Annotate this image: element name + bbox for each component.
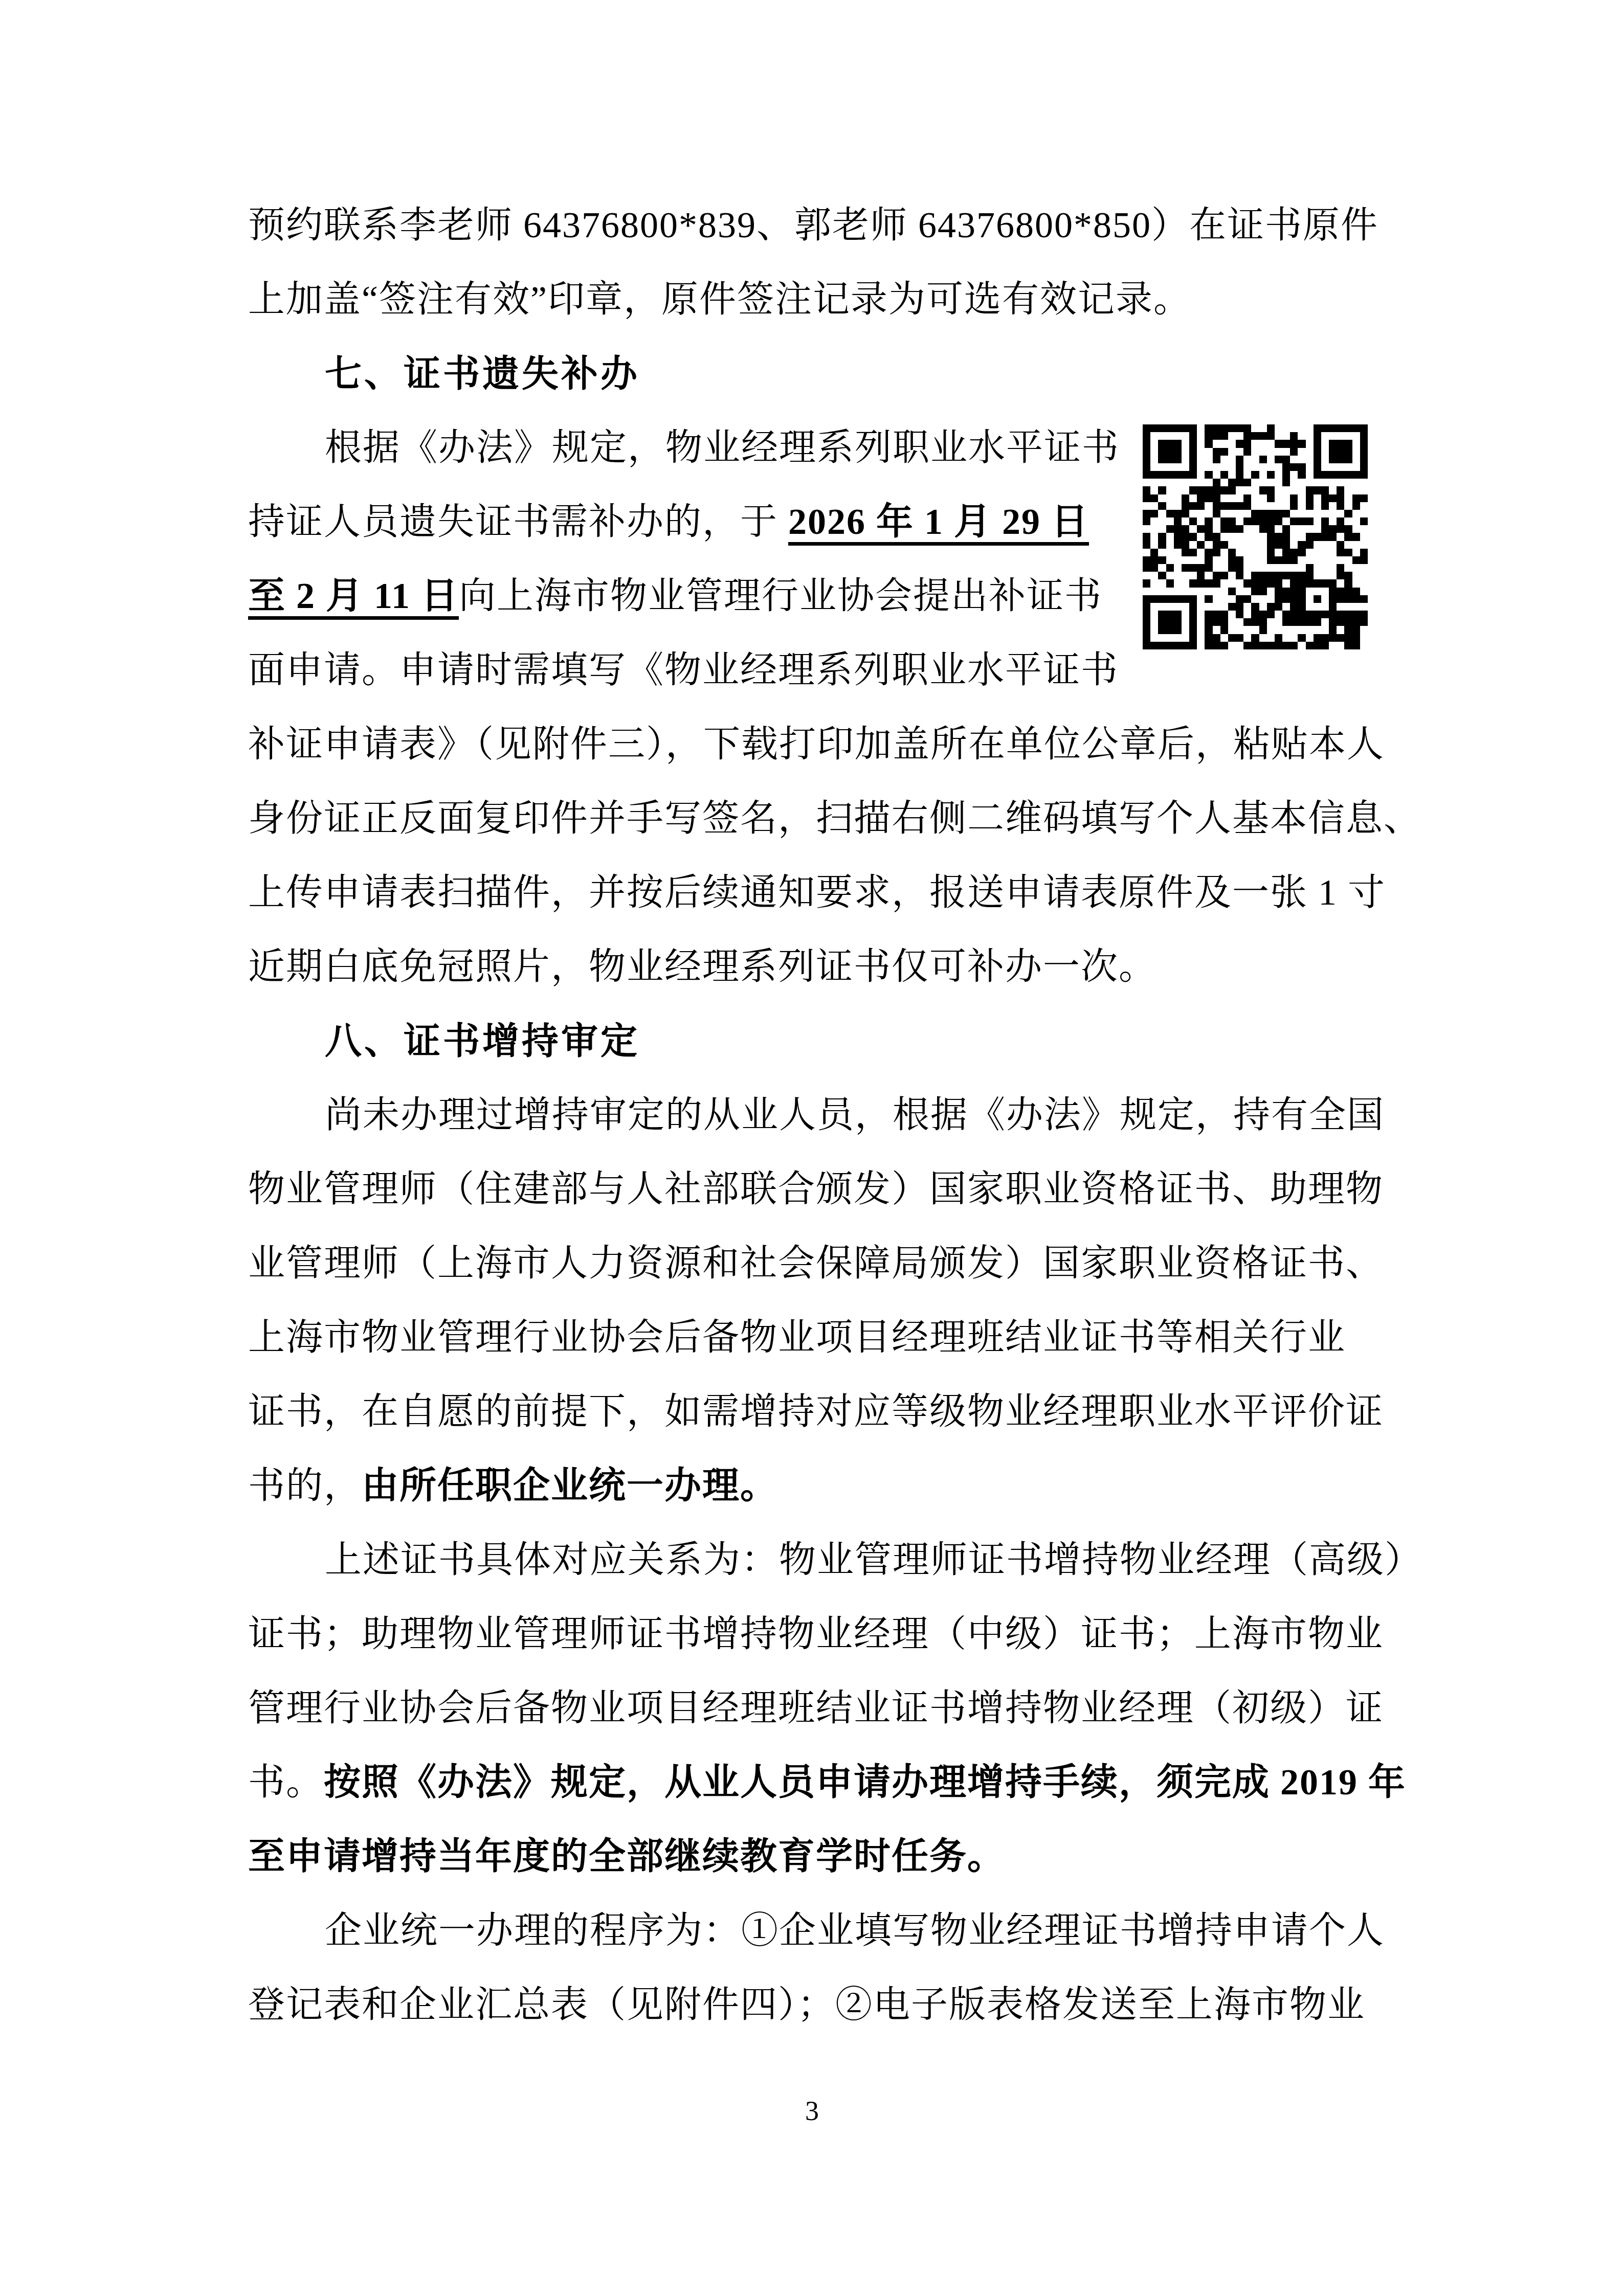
text-segment: 向上海市物业管理行业协会提出补证书 (459, 575, 1102, 616)
text-segment: 上加盖“签注有效”印章，原件签注记录为可选有效记录。 (248, 279, 1191, 320)
qr-code (1143, 424, 1368, 649)
text-line: 至申请增持当年度的全部继续教育学时任务。 (248, 1819, 1005, 1894)
text-line: 业管理师（上海市人力资源和社会保障局颁发）国家职业资格证书、 (248, 1226, 1384, 1300)
text-segment: 预约联系李老师 64376800*839、郭老师 64376800*850）在证… (248, 205, 1378, 245)
text-line: 面申请。申请时需填写《物业经理系列职业水平证书 (248, 633, 1119, 707)
text-line: 物业管理师（住建部与人社部联合颁发）国家职业资格证书、助理物 (248, 1152, 1384, 1226)
text-segment: 企业统一办理的程序为：①企业填写物业经理证书增持申请个人 (325, 1910, 1385, 1951)
text-segment: 身份证正反面复印件并手写签名，扫描右侧二维码填写个人基本信息、 (248, 798, 1421, 839)
text-line: 持证人员遗失证书需补办的，于 2026 年 1 月 29 日 (248, 485, 1089, 559)
text-segment: 登记表和企业汇总表（见附件四）；②电子版表格发送至上海市物业 (248, 1984, 1365, 2025)
text-segment: 近期白底免冠照片，物业经理系列证书仅可补办一次。 (248, 946, 1156, 987)
text-line: 企业统一办理的程序为：①企业填写物业经理证书增持申请个人 (248, 1894, 1385, 1968)
text-line: 补证申请表》（见附件三），下载打印加盖所在单位公章后，粘贴本人 (248, 707, 1385, 781)
text-segment: 尚未办理过增持审定的从业人员，根据《办法》规定，持有全国 (325, 1094, 1385, 1135)
page-number: 3 (0, 2096, 1624, 2126)
text-segment: 持证人员遗失证书需补办的，于 (248, 501, 788, 542)
section-heading: 七、证书遗失补办 (248, 336, 640, 411)
text-segment: 上述证书具体对应关系为：物业管理师证书增持物业经理（高级） (325, 1539, 1422, 1580)
text-line: 上述证书具体对应关系为：物业管理师证书增持物业经理（高级） (248, 1523, 1422, 1597)
text-segment: 管理行业协会后备物业项目经理班结业证书增持物业经理（初级）证 (248, 1687, 1384, 1728)
section-heading: 八、证书增持审定 (248, 1004, 640, 1078)
text-segment: 上传申请表扫描件，并按后续通知要求，报送申请表原件及一张 1 寸 (248, 872, 1386, 913)
text-segment: 至申请增持当年度的全部继续教育学时任务。 (248, 1836, 1005, 1877)
text-segment: 按照《办法》规定，从业人员申请办理增持手续，须完成 2019 年 (324, 1762, 1406, 1803)
text-line: 上加盖“签注有效”印章，原件签注记录为可选有效记录。 (248, 262, 1191, 336)
text-segment: 业管理师（上海市人力资源和社会保障局颁发）国家职业资格证书、 (248, 1243, 1384, 1284)
text-segment: 八、证书增持审定 (325, 1019, 640, 1062)
text-line: 身份证正反面复印件并手写签名，扫描右侧二维码填写个人基本信息、 (248, 781, 1421, 856)
text-line: 根据《办法》规定，物业经理系列职业水平证书 (248, 411, 1120, 485)
text-segment: 根据《办法》规定，物业经理系列职业水平证书 (325, 427, 1120, 468)
text-line: 尚未办理过增持审定的从业人员，根据《办法》规定，持有全国 (248, 1078, 1385, 1152)
document-page: 预约联系李老师 64376800*839、郭老师 64376800*850）在证… (0, 0, 1624, 2296)
text-segment: 物业管理师（住建部与人社部联合颁发）国家职业资格证书、助理物 (248, 1168, 1384, 1209)
text-segment: 面申请。申请时需填写《物业经理系列职业水平证书 (248, 649, 1119, 690)
text-line: 书。按照《办法》规定，从业人员申请办理增持手续，须完成 2019 年 (248, 1745, 1406, 1819)
text-line: 书的，由所任职企业统一办理。 (248, 1449, 778, 1523)
text-segment: 证书，在自愿的前提下，如需增持对应等级物业经理职业水平评价证 (248, 1391, 1384, 1432)
text-line: 上传申请表扫描件，并按后续通知要求，报送申请表原件及一张 1 寸 (248, 856, 1386, 930)
text-segment: 至 2 月 11 日 (248, 575, 459, 616)
text-segment: 补证申请表》（见附件三），下载打印加盖所在单位公章后，粘贴本人 (248, 724, 1385, 764)
text-line: 上海市物业管理行业协会后备物业项目经理班结业证书等相关行业 (248, 1300, 1346, 1375)
text-line: 近期白底免冠照片，物业经理系列证书仅可补办一次。 (248, 930, 1156, 1004)
text-line: 至 2 月 11 日向上海市物业管理行业协会提出补证书 (248, 559, 1102, 633)
text-line: 登记表和企业汇总表（见附件四）；②电子版表格发送至上海市物业 (248, 1968, 1365, 2042)
text-segment: 由所任职企业统一办理。 (362, 1465, 778, 1506)
text-segment: 上海市物业管理行业协会后备物业项目经理班结业证书等相关行业 (248, 1317, 1346, 1358)
text-segment: 书的， (248, 1465, 362, 1506)
text-segment: 七、证书遗失补办 (325, 352, 640, 395)
text-segment: 证书；助理物业管理师证书增持物业经理（中级）证书；上海市物业 (248, 1613, 1384, 1654)
text-segment: 2026 年 1 月 29 日 (788, 501, 1089, 542)
text-line: 证书，在自愿的前提下，如需增持对应等级物业经理职业水平评价证 (248, 1375, 1384, 1449)
text-line: 证书；助理物业管理师证书增持物业经理（中级）证书；上海市物业 (248, 1597, 1384, 1671)
text-line: 管理行业协会后备物业项目经理班结业证书增持物业经理（初级）证 (248, 1671, 1384, 1745)
text-segment: 书。 (248, 1762, 324, 1803)
text-line: 预约联系李老师 64376800*839、郭老师 64376800*850）在证… (248, 188, 1378, 262)
